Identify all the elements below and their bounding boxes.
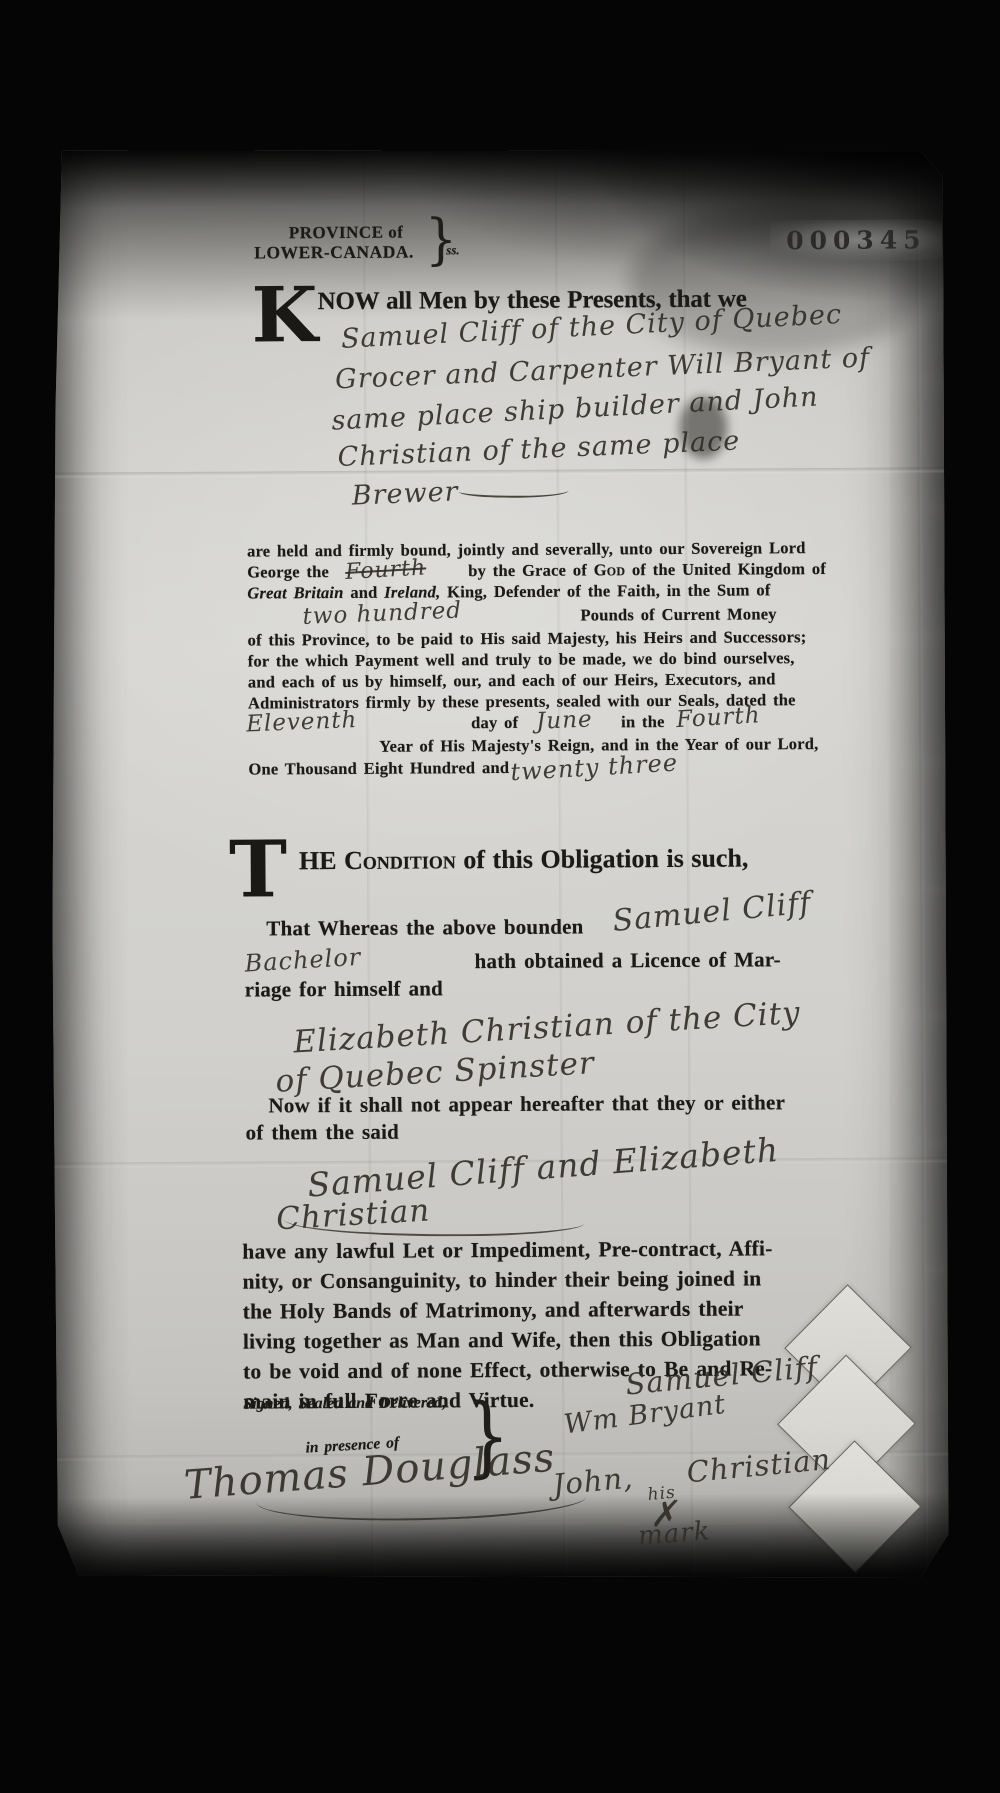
handwritten-status: Bachelor <box>244 943 362 978</box>
obligation-line: of this Province, to be paid to His said… <box>248 627 807 650</box>
condition-body-line: the Holy Bands of Matrimony, and afterwa… <box>243 1297 744 1325</box>
obligation-line: for the which Payment well and truly to … <box>248 648 795 671</box>
condition-body-line: nity, or Consanguinity, to hinder their … <box>242 1266 761 1294</box>
condition-title: HE Condition of this Obligation is such, <box>299 843 749 876</box>
handwritten-month: June <box>536 706 593 734</box>
handwritten-bounden-name: Samuel Cliff <box>611 885 813 938</box>
marriage-bond-page: PROVINCE of LOWER-CANADA. } ss. 000345 K… <box>48 145 952 1582</box>
province-line-1: PROVINCE of <box>279 223 413 244</box>
marksman-mark-label: mark <box>637 1516 711 1551</box>
serial-number-stamp: 000345 <box>770 219 943 261</box>
condition-body-line: living together as Man and Wife, then th… <box>243 1326 761 1354</box>
drop-cap-k: K <box>251 285 317 346</box>
licence-continuation: riage for himself and <box>245 976 443 1002</box>
whereas-line: That Whereas the above bounden <box>266 914 583 941</box>
pen-flourish <box>458 482 568 499</box>
condition-body-line: have any lawful Let or Impediment, Pre-c… <box>242 1236 772 1264</box>
obligation-year-line: One Thousand Eight Hundred and twenty th… <box>248 756 808 779</box>
handwritten-regnal-year: Fourth <box>675 702 761 733</box>
province-line-2: LOWER-CANADA. <box>254 242 414 264</box>
handwritten-regnal-name: Fourth <box>345 555 427 585</box>
scanner-background: PROVINCE of LOWER-CANADA. } ss. 000345 K… <box>0 0 1000 1793</box>
handwritten-sum: two hundred <box>302 597 463 630</box>
proviso-line: of them the said <box>246 1120 399 1146</box>
obligation-line: and each of us by himself, our, and each… <box>248 669 776 692</box>
licence-line: hath obtained a Licence of Mar- <box>475 947 781 974</box>
obligation-line: George the Fourth by the Grace of God of… <box>247 559 807 582</box>
handwritten-line: Brewer <box>351 472 569 512</box>
obligation-line: Great Britain and Ireland, King, Defende… <box>247 580 770 603</box>
drop-cap-t: T <box>229 839 287 902</box>
jurat-brace-glyph: } <box>425 207 457 271</box>
jurat-abbreviation: ss. <box>446 242 459 258</box>
obligation-line: are held and firmly bound, jointly and s… <box>247 538 806 561</box>
attestation-line: Signed, Sealed and Delivered, <box>243 1394 446 1413</box>
proviso-line: Now if it shall not appear hereafter tha… <box>268 1090 785 1118</box>
handwritten-day: Eleventh <box>246 707 358 738</box>
fold-crease-vertical <box>916 145 929 1577</box>
